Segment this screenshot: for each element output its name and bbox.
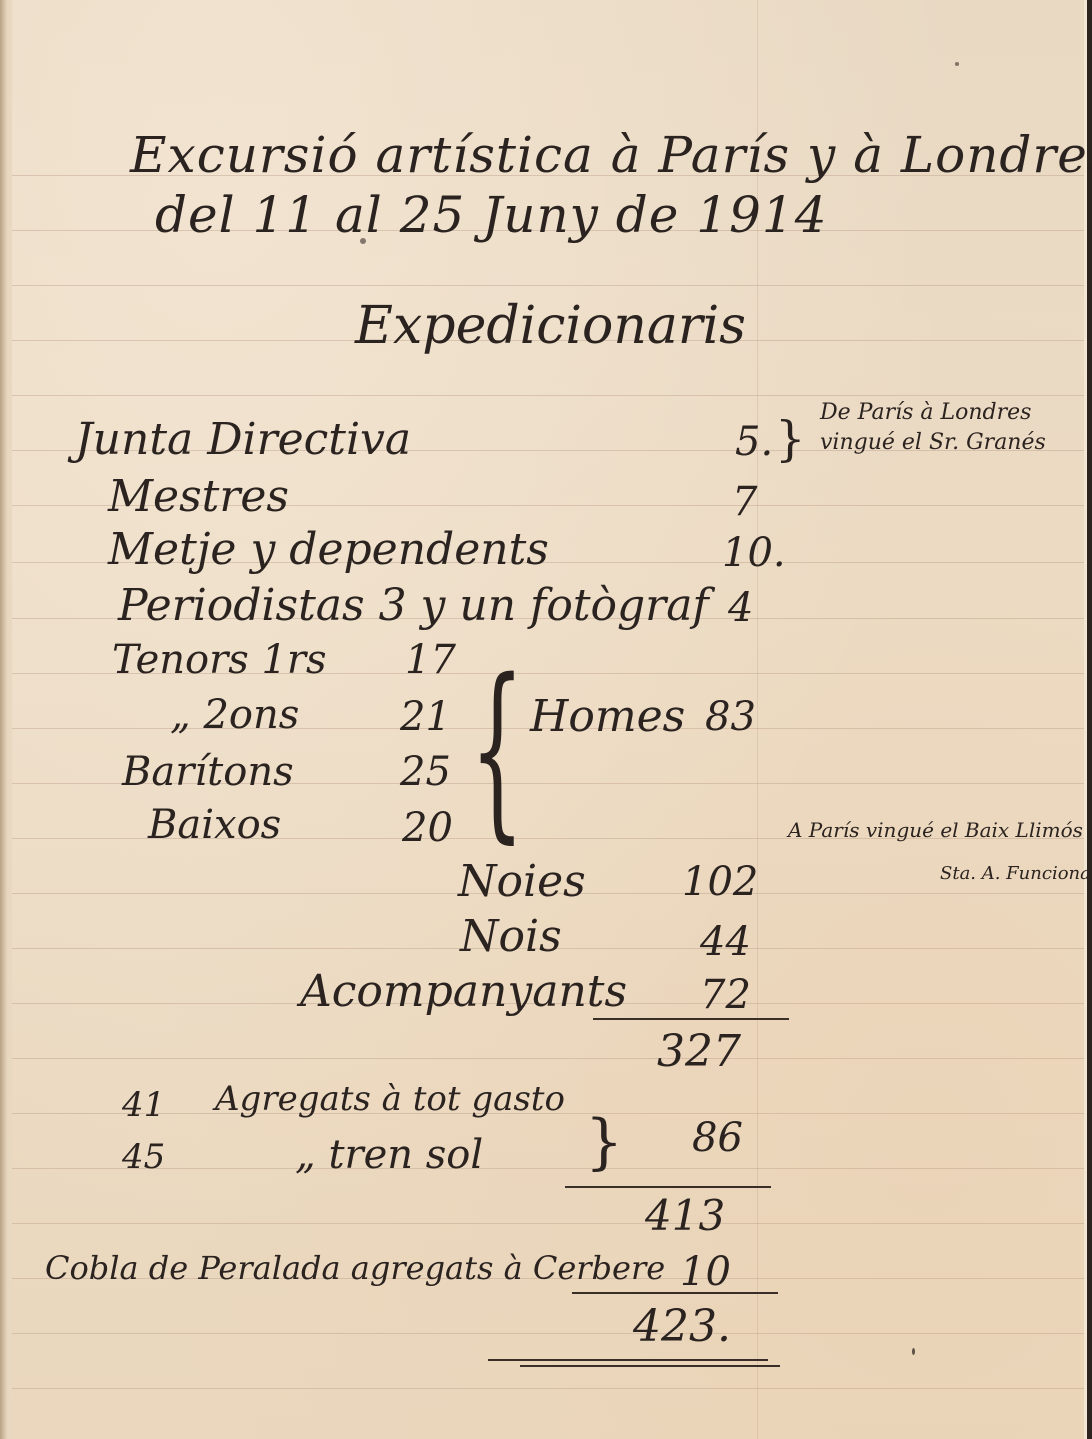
ruled-line	[12, 285, 1084, 286]
subtotal-1: 327	[657, 1030, 741, 1074]
notebook-page: Excursió artística à París y à Londres d…	[0, 0, 1092, 1439]
cobla-label: Cobla de Peralada agregats à Cerbere	[45, 1252, 665, 1284]
section-heading: Expedicionaris	[355, 300, 746, 352]
ruled-line	[12, 395, 1084, 396]
row-label-metje: Metje y dependents	[108, 528, 549, 572]
voice-value-tenors-2: 21	[400, 697, 451, 737]
group-value-noies: 102	[682, 862, 758, 902]
page-right-edge	[1084, 0, 1087, 1439]
row-label-mestres: Mestres	[108, 475, 289, 519]
voice-label-tenors-2: „ 2ons	[170, 695, 299, 735]
sum-line-2	[565, 1186, 771, 1188]
aggregate-count-2: 45	[122, 1140, 165, 1174]
aggregates-value: 86	[692, 1118, 743, 1158]
sum-line-3	[572, 1292, 778, 1294]
group-label-acompanyants: Acompanyants	[300, 970, 627, 1014]
brace-homes: {	[470, 655, 524, 845]
title-line-2: del 11 al 25 Juny de 1914	[155, 190, 828, 240]
group-label-noies: Noies	[458, 860, 586, 904]
row-label-junta: Junta Directiva	[75, 418, 411, 462]
ruled-line	[12, 1333, 1084, 1334]
voice-value-tenors-1: 17	[405, 640, 456, 680]
voice-value-baritons: 25	[400, 752, 451, 792]
side-note-1-line-2: vingué el Sr. Granés	[820, 432, 1046, 454]
subtotal-2: 413	[645, 1195, 725, 1237]
cobla-value: 10	[680, 1252, 731, 1292]
binding-edge	[1087, 0, 1092, 1439]
ink-speck	[360, 238, 366, 244]
row-value-mestres: 7	[732, 482, 757, 522]
ink-speck	[912, 1348, 915, 1355]
double-underline-bottom	[520, 1365, 780, 1367]
aggregate-label-2: „ tren sol	[295, 1135, 483, 1175]
aggregate-label-1: Agregats à tot gasto	[215, 1082, 565, 1116]
ruled-line	[12, 1058, 1084, 1059]
side-note-2-line-2: Sta. A. Funcionalgral	[940, 865, 1092, 883]
side-note-1-line-1: De París à Londres	[820, 402, 1031, 424]
row-value-junta: 5.	[735, 422, 773, 462]
homes-label: Homes	[530, 695, 685, 739]
row-label-periodistas: Periodistas 3 y un fotògraf	[118, 584, 709, 628]
homes-value: 83	[705, 697, 756, 737]
group-value-nois: 44	[700, 922, 751, 962]
ruled-line	[12, 1388, 1084, 1389]
voice-value-baixos: 20	[402, 808, 453, 848]
grand-total: 423.	[633, 1305, 731, 1349]
ruled-line	[12, 1223, 1084, 1224]
voice-label-baritons: Barítons	[122, 752, 294, 792]
row-value-metje: 10.	[722, 533, 786, 573]
aggregate-count-1: 41	[122, 1088, 165, 1122]
group-label-nois: Nois	[460, 915, 562, 959]
double-underline-top	[488, 1359, 768, 1361]
ruled-line	[12, 1168, 1084, 1169]
brace-junta: }	[775, 415, 806, 463]
brace-aggregates: }	[585, 1112, 623, 1172]
ink-speck	[955, 62, 959, 66]
side-note-2-line-1: A París vingué el Baix Llimós	[788, 820, 1083, 840]
group-value-acompanyants: 72	[700, 975, 751, 1015]
voice-label-tenors-1: Tenors 1rs	[112, 640, 327, 680]
row-value-periodistas: 4	[728, 588, 753, 628]
page-left-edge	[0, 0, 12, 1439]
voice-label-baixos: Baixos	[148, 805, 281, 845]
sum-line-1	[593, 1018, 789, 1020]
title-line-1: Excursió artística à París y à Londres	[130, 130, 1092, 180]
